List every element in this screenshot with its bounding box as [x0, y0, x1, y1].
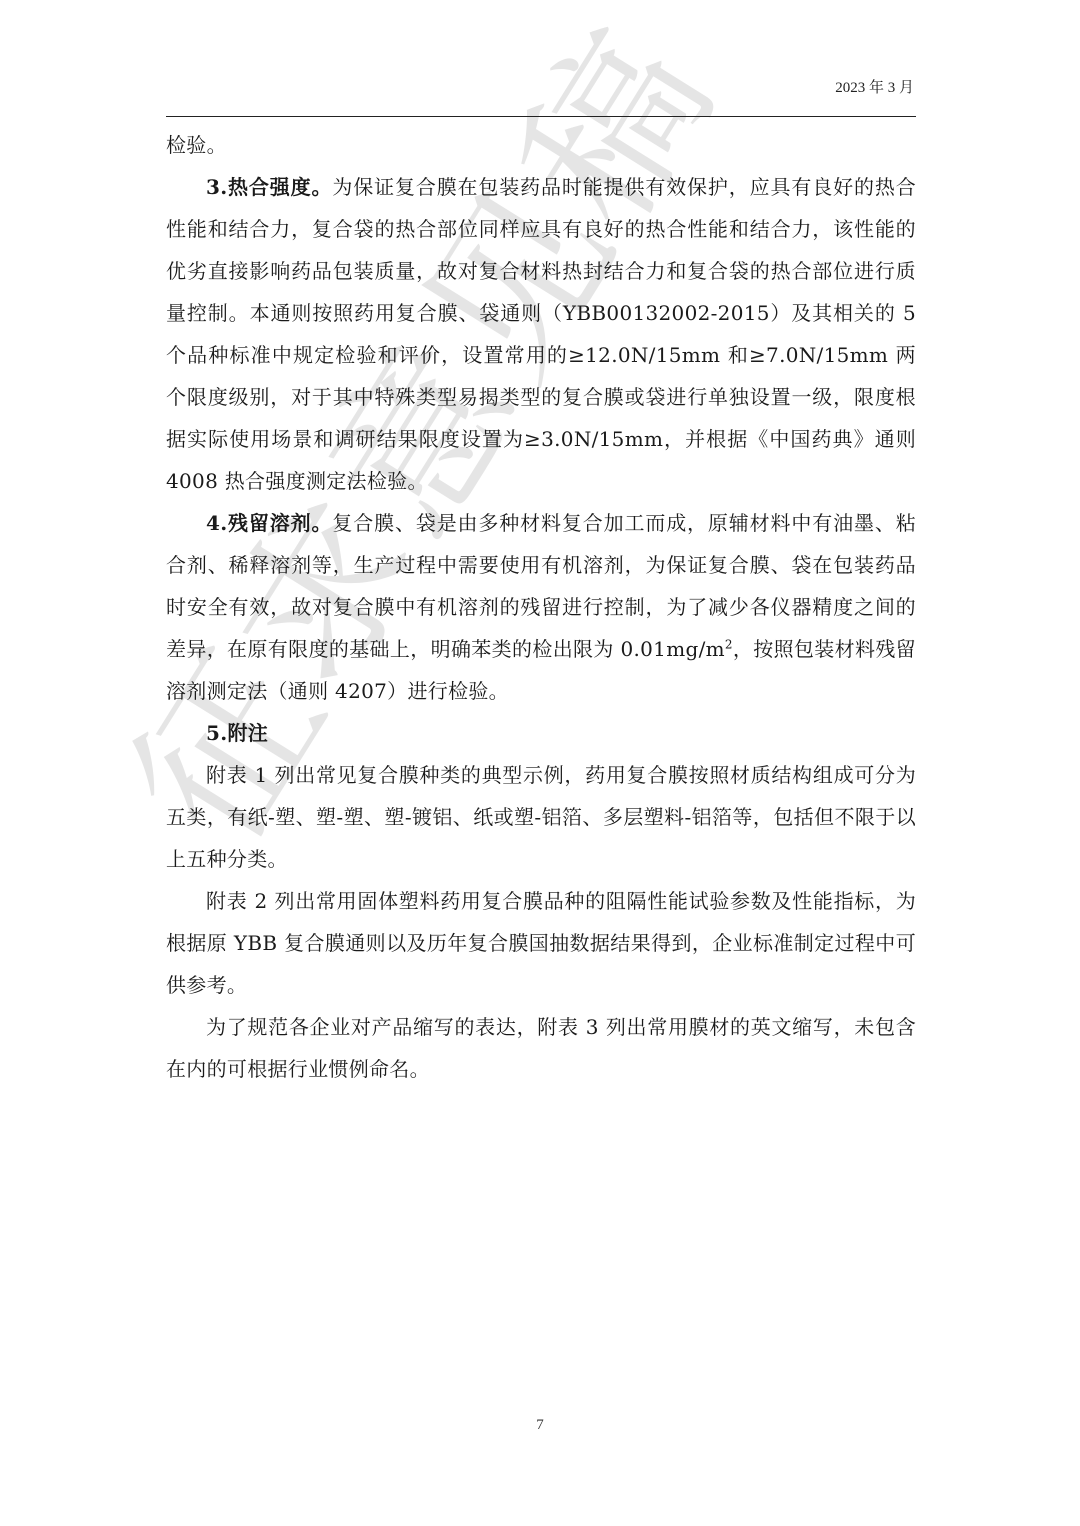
superscript: 2 — [725, 637, 733, 651]
section-title-notes: 5.附注 — [166, 712, 916, 754]
paragraph-continuation: 检验。 — [166, 124, 916, 166]
paragraph-heat-seal-strength: 3.热合强度。为保证复合膜在包装药品时能提供有效保护，应具有良好的热合性能和结合… — [166, 166, 916, 502]
header-divider — [166, 116, 916, 117]
document-body: 检验。 3.热合强度。为保证复合膜在包装药品时能提供有效保护，应具有良好的热合性… — [166, 124, 916, 1090]
header-date: 2023 年 3 月 — [835, 76, 914, 97]
section-title-heat-seal-strength: 3.热合强度。 — [206, 175, 332, 199]
paragraph-text: 为保证复合膜在包装药品时能提供有效保护，应具有良好的热合性能和结合力，复合袋的热… — [166, 175, 916, 493]
paragraph-appendix-2: 附表 2 列出常用固体塑料药用复合膜品种的阻隔性能试验参数及性能指标，为根据原 … — [166, 880, 916, 1006]
paragraph-residual-solvent: 4.残留溶剂。复合膜、袋是由多种材料复合加工而成，原辅材料中有油墨、粘合剂、稀释… — [166, 502, 916, 712]
paragraph-appendix-3: 为了规范各企业对产品缩写的表达，附表 3 列出常用膜材的英文缩写，未包含在内的可… — [166, 1006, 916, 1090]
paragraph-appendix-1: 附表 1 列出常见复合膜种类的典型示例，药用复合膜按照材质结构组成可分为五类，有… — [166, 754, 916, 880]
section-title-residual-solvent: 4.残留溶剂。 — [206, 511, 332, 535]
page-number: 7 — [0, 1417, 1080, 1434]
